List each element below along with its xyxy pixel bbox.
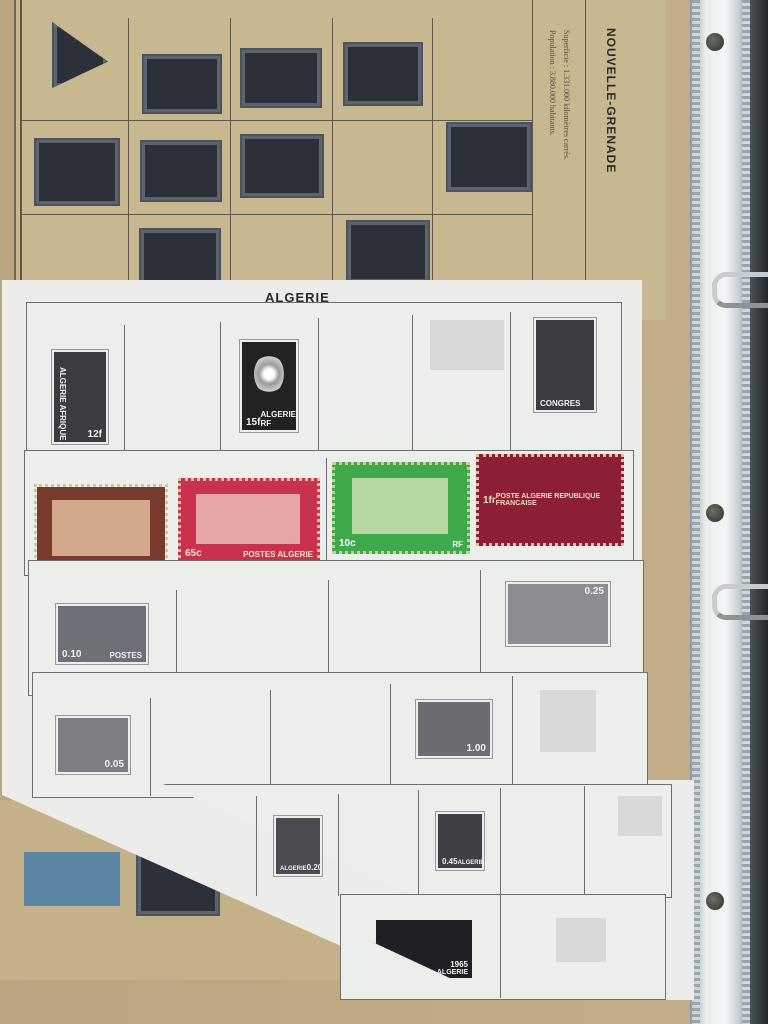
cell-divider — [220, 322, 221, 472]
cell-divider — [150, 698, 151, 796]
stamp: ALGERIE AFRIQUE 12f — [52, 350, 108, 444]
stamp-value: 10c — [339, 538, 356, 549]
stamp-ghost — [540, 690, 596, 752]
blue-stamp — [24, 852, 120, 906]
cell-divider — [326, 458, 327, 568]
cell-divider — [270, 690, 271, 796]
stamp: 0.05 — [56, 716, 130, 774]
stamp-value: 0.05 — [105, 759, 124, 770]
grid-line — [532, 0, 533, 300]
cell-divider — [318, 318, 319, 472]
stamp-value: 0.25 — [585, 586, 604, 597]
palace-scene — [352, 478, 448, 534]
stamp-text: ALGERIE RF — [260, 410, 296, 428]
binder-ring — [712, 272, 768, 308]
stamp — [446, 122, 532, 192]
cell-divider — [512, 676, 513, 796]
stamp-value: 12f — [88, 429, 102, 440]
page-border-line — [20, 0, 22, 320]
stamp-ghost — [618, 796, 662, 836]
cell-divider — [124, 325, 125, 472]
cell-divider — [584, 786, 585, 896]
grid-line — [128, 18, 129, 308]
stamp — [34, 138, 120, 206]
stamp-text: POSTES ALGERIE — [243, 550, 313, 559]
country-title: NOUVELLE-GRENADE — [604, 28, 618, 173]
grid-line — [332, 18, 333, 308]
stamp: 1.00 — [416, 700, 492, 758]
stamp-value: 65c — [185, 548, 202, 559]
stamp — [346, 220, 430, 284]
desert-scene — [52, 500, 150, 556]
stamp — [343, 42, 423, 106]
stamp-ghost — [556, 918, 606, 962]
punch-hole — [706, 892, 724, 910]
area-note: Superficie : 1.331.000 kilomètres carrés… — [562, 30, 571, 160]
stamp-value: 0.20 — [307, 863, 323, 872]
stamp: 0.45 ALGERIE — [436, 812, 484, 870]
stamp-value: 1fr — [483, 495, 496, 506]
grid-line — [432, 18, 433, 308]
stamp-ghost — [430, 320, 504, 370]
shell-image — [254, 354, 284, 394]
stamp: 0.25 — [506, 582, 610, 646]
binder-ring — [712, 584, 768, 620]
stamp — [240, 134, 324, 198]
punch-hole — [706, 33, 724, 51]
binder-cover — [750, 0, 768, 1024]
punch-hole — [706, 504, 724, 522]
desert-scene — [196, 494, 300, 544]
stamp-text: POSTE ALGERIE REPUBLIQUE FRANCAISE — [496, 493, 617, 507]
stamp: ALGERIE 0.20 — [274, 816, 322, 876]
stamp-text: ALGERIE AFRIQUE — [58, 367, 67, 440]
cell-divider — [338, 794, 339, 896]
sleeve-perforation — [742, 0, 750, 1024]
stamp-value: 0.10 — [62, 649, 81, 660]
stamp — [142, 54, 222, 114]
cell-divider — [390, 684, 391, 796]
stamp — [140, 140, 222, 202]
stamp-value: 1965 — [450, 960, 468, 969]
cell-divider — [510, 312, 511, 472]
cell-divider — [500, 894, 501, 998]
cell-divider — [418, 790, 419, 896]
cell-divider — [256, 796, 257, 896]
stamp: 0.10 POSTES — [56, 604, 148, 664]
stamp — [240, 48, 322, 108]
grid-line — [230, 18, 231, 308]
stamp-value: 15f — [246, 417, 260, 428]
stamp-text: ALGERIE — [458, 860, 485, 866]
stamp-value: 1.00 — [467, 743, 486, 754]
stamp-claret: 1fr POSTE ALGERIE REPUBLIQUE FRANCAISE — [476, 454, 624, 546]
stamp-text: POSTES — [110, 651, 142, 660]
grid-line — [22, 120, 532, 121]
stamp-value: 0.45 — [442, 857, 458, 866]
stamp: CONGRES — [534, 318, 596, 412]
grid-line — [22, 214, 532, 215]
stamp-text: RF — [452, 540, 463, 549]
population-note: Population : 3.880.000 habitants. — [548, 30, 557, 136]
grid-line — [585, 0, 586, 300]
cell-divider — [500, 788, 501, 896]
stamp-text: ALGERIE — [280, 866, 307, 872]
cell-divider — [412, 315, 413, 472]
stamp-row — [26, 302, 622, 474]
stamp-text: CONGRES — [540, 399, 580, 408]
